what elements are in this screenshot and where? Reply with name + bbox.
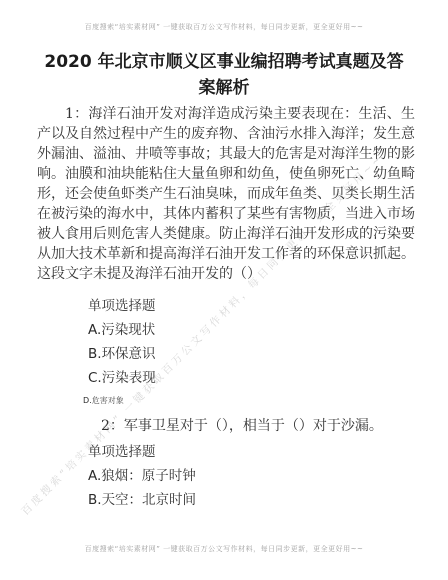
question-2-option-a: A.狼烟：原子时钟 [88, 464, 196, 484]
option-text: 污染现状 [101, 322, 155, 338]
option-letter: B. [88, 492, 102, 508]
option-letter: A. [88, 322, 101, 338]
question-1-option-a: A.污染现状 [88, 318, 155, 338]
option-letter: C. [88, 370, 102, 386]
question-1-option-d: D.危害对象 [83, 395, 124, 406]
option-text: 狼烟：原子时钟 [101, 468, 196, 484]
option-text: 天空：北京时间 [102, 492, 197, 508]
option-text: 危害对象 [92, 396, 124, 405]
question-1-option-b: B.环保意识 [88, 342, 156, 362]
option-letter: D. [83, 396, 92, 405]
question-1-option-c: C.污染表现 [88, 366, 156, 386]
header-watermark: 百度搜索“培实素材网” 一键获取百万公文写作材料，每日同步更新，更全更好用~~ [0, 22, 448, 32]
question-2-stem: 2：军事卫星对于（），相当于（）对于沙漏。 [37, 416, 415, 436]
option-letter: B. [88, 346, 102, 362]
footer-watermark: 百度搜索“培实素材网” 一键获取百万公文写作材料，每日同步更新，更全更好用~~ [0, 544, 448, 554]
question-1-type-label: 单项选择题 [88, 294, 156, 314]
page-title: 2020 年北京市顺义区事业编招聘考试真题及答案解析 [42, 49, 406, 101]
question-1-stem: 1：海洋石油开发对海洋造成污染主要表现在：生活、生产以及自然过程中产生的废弃物、… [37, 104, 415, 284]
question-2-type-label: 单项选择题 [88, 440, 156, 460]
question-2-option-b: B.天空：北京时间 [88, 488, 196, 508]
option-text: 污染表现 [102, 370, 156, 386]
option-text: 环保意识 [102, 346, 156, 362]
document-page: 百度搜索“培实素材网” 一键获取百万公文写作材料，每日同步更新，更全更好用~~ … [0, 0, 448, 580]
option-letter: A. [88, 468, 101, 484]
